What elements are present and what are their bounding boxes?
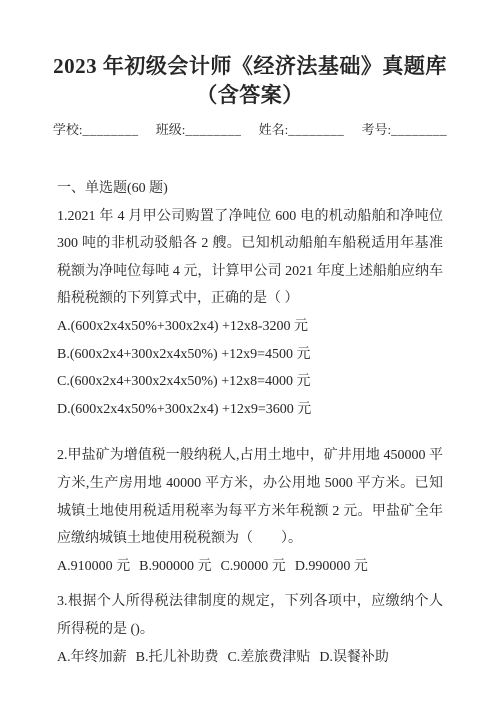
question-1-options: A.(600x2x4x50%+300x2x4) +12x8-3200 元 B.(… xyxy=(57,313,443,423)
exam-number-field: 考号:________ xyxy=(362,122,448,137)
question-1-text: 1.2021 年 4 月甲公司购置了净吨位 600 电的机动船舶和净吨位 300… xyxy=(57,203,443,313)
question-1-option-a: A.(600x2x4x50%+300x2x4) +12x8-3200 元 xyxy=(57,313,443,341)
exam-number-label: 考号: xyxy=(362,122,392,137)
name-blank: ________ xyxy=(288,122,344,137)
question-1-option-d: D.(600x2x4x50%+300x2x4) +12x9=3600 元 xyxy=(57,396,443,424)
name-field: 姓名:________ xyxy=(259,122,345,137)
name-label: 姓名: xyxy=(259,122,289,137)
student-info-line: 学校:________ 班级:________ 姓名:________ 考号:_… xyxy=(0,121,500,139)
question-1-option-b: B.(600x2x4+300x2x4x50%) +12x9=4500 元 xyxy=(57,341,443,369)
question-3-option-a: A.年终加薪 xyxy=(57,650,127,665)
class-field: 班级:________ xyxy=(156,122,242,137)
page-title: 2023 年初级会计师《经济法基础》真题库 xyxy=(30,52,470,81)
page-subtitle: （含答案） xyxy=(0,81,500,110)
class-label: 班级: xyxy=(156,122,186,137)
exam-number-blank: ________ xyxy=(391,122,447,137)
school-label: 学校: xyxy=(53,122,83,137)
question-1: 1.2021 年 4 月甲公司购置了净吨位 600 电的机动船舶和净吨位 300… xyxy=(57,203,443,424)
question-3-option-b: B.托儿补助费 xyxy=(136,650,219,665)
question-3-option-c: C.差旅费津贴 xyxy=(227,650,310,665)
class-blank: ________ xyxy=(185,122,241,137)
document-page: 2023 年初级会计师《经济法基础》真题库 （含答案） 学校:________ … xyxy=(0,0,500,707)
question-2: 2.甲盐矿为增值税一般纳税人,占用土地中，矿井用地 450000 平方米,生产房… xyxy=(57,442,443,580)
school-field: 学校:________ xyxy=(53,122,139,137)
question-2-option-c: C.90000 元 xyxy=(220,559,285,574)
question-2-text: 2.甲盐矿为增值税一般纳税人,占用土地中，矿井用地 450000 平方米,生产房… xyxy=(57,442,443,552)
question-2-option-b: B.900000 元 xyxy=(139,559,211,574)
question-3: 3.根据个人所得税法律制度的规定，下列各项中，应缴纳个人所得税的是 ()。 A.… xyxy=(57,588,443,671)
question-2-option-a: A.910000 元 xyxy=(57,559,130,574)
section-heading: 一、单选题(60 题) xyxy=(57,175,443,203)
question-1-option-c: C.(600x2x4+300x2x4x50%) +12x8=4000 元 xyxy=(57,368,443,396)
question-2-options: A.910000 元B.900000 元C.90000 元D.990000 元 xyxy=(57,553,443,581)
question-content: 一、单选题(60 题) 1.2021 年 4 月甲公司购置了净吨位 600 电的… xyxy=(57,175,443,671)
school-blank: ________ xyxy=(83,122,139,137)
question-3-option-d: D.误餐补助 xyxy=(319,650,389,665)
question-3-text: 3.根据个人所得税法律制度的规定，下列各项中，应缴纳个人所得税的是 ()。 xyxy=(57,588,443,643)
question-3-options: A.年终加薪B.托儿补助费C.差旅费津贴D.误餐补助 xyxy=(57,644,443,672)
question-2-option-d: D.990000 元 xyxy=(295,559,368,574)
